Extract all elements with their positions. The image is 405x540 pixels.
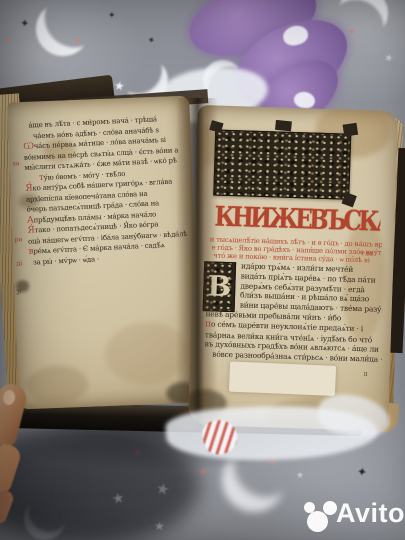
left-page-text: а́ще въ лѣ́та · с ми́ромъ нача́ · трѣша́…	[22, 113, 187, 268]
headpiece-finial	[275, 120, 292, 132]
headpiece-finial	[343, 123, 359, 137]
avito-watermark: Avito	[298, 496, 402, 534]
book-gutter-shadow	[176, 98, 218, 430]
left-page: а́ще въ лѣ́та · с ми́ромъ нача́ · трѣша́…	[7, 96, 201, 410]
chapter-margin-note: гла ві	[361, 250, 373, 264]
page-stain	[25, 365, 88, 405]
avito-logo-text: Avito	[336, 498, 405, 529]
chapter-margin-note-line: ві	[361, 257, 373, 264]
margin-note: ді	[16, 260, 22, 267]
margin-note: ѯг	[16, 288, 22, 295]
antique-book: а́ще въ лѣ́та · с ми́ромъ нача́ · трѣша́…	[0, 0, 405, 540]
paper-patch	[229, 362, 336, 396]
scribble-mark: ѕа	[301, 134, 308, 141]
avito-logo-dot	[307, 511, 328, 532]
margin-note: ра	[14, 236, 22, 243]
photo-scene: ✦ ★ ★ ✦ ★ ✦ ★ ✦ ★ ★ ★ ★ ★ ★ ★ ★ ★ ★ ✦ ★	[0, 0, 405, 540]
avito-logo-dot	[323, 501, 337, 515]
margin-note: ѕа	[12, 160, 19, 167]
quire-mark: д	[364, 370, 368, 377]
right-page: ѕа КНИЖЕВЪСКАЗАНІЕЖИТІА и тысѧщелѣ́тіе н…	[188, 105, 398, 431]
woodcut-headpiece	[213, 129, 351, 199]
right-page-text: ида́рю трѧ́мѧ · изли́ги мечте́й вида́ть …	[204, 260, 383, 364]
